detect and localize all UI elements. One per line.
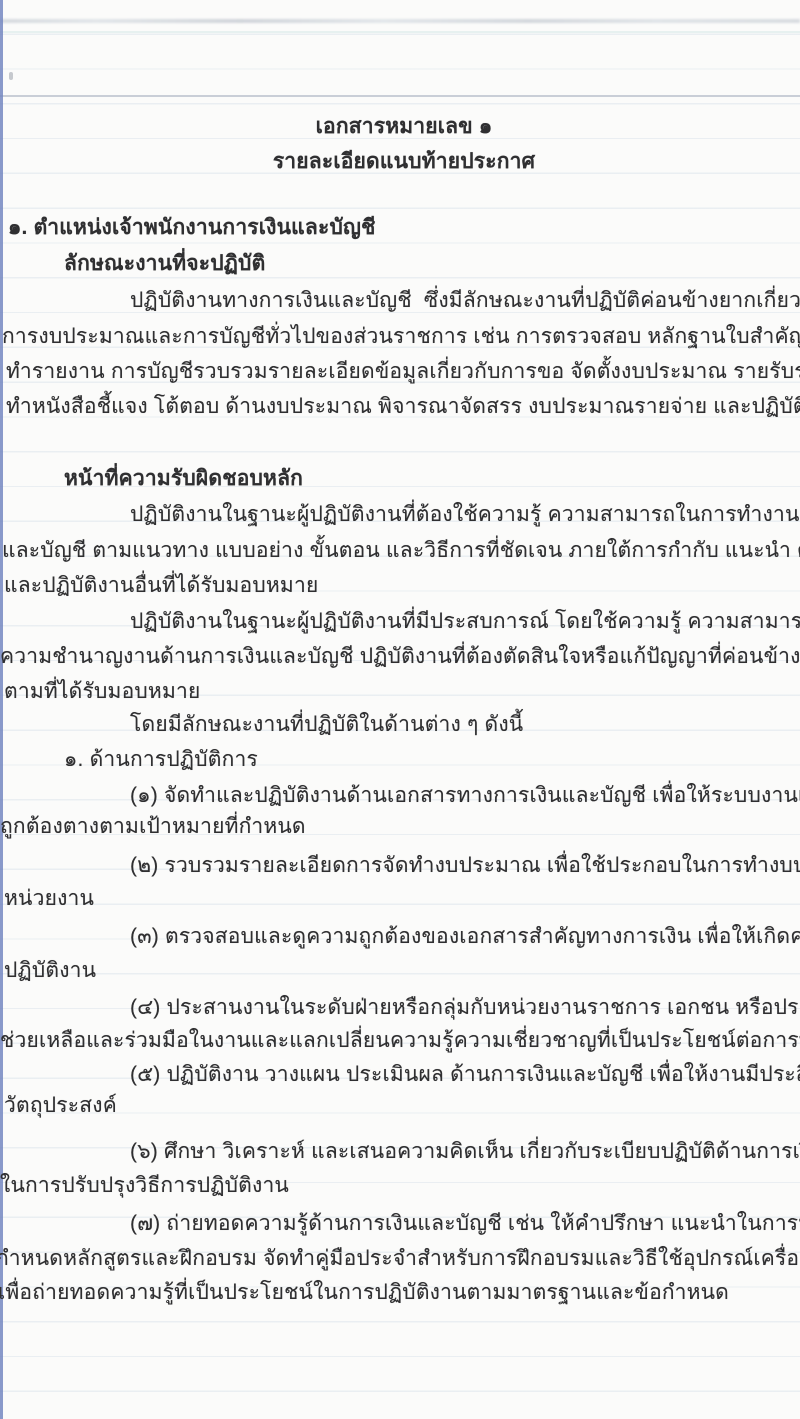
responsibilities-line: ตามที่ได้รับมอบหมาย — [4, 677, 201, 707]
responsibilities-line: ปฏิบัติงานในฐานะผู้ปฏิบัติงานที่ต้องใช้ค… — [130, 500, 800, 530]
horizontal-rule — [0, 95, 800, 97]
scan-speck — [9, 72, 13, 80]
document-subtitle: รายละเอียดแนบท้ายประกาศ — [0, 147, 800, 177]
position-heading: ๑. ตำแหน่งเจ้าพนักงานการเงินและบัญชี — [8, 213, 376, 243]
duty-item-line: (๓) ตรวจสอบและดูความถูกต้องของเอกสารสำคั… — [130, 922, 800, 952]
responsibilities-line: ความชำนาญงานด้านการเงินและบัญชี ปฏิบัติง… — [0, 642, 800, 672]
duty-item-line: หน่วยงาน — [4, 884, 94, 914]
responsibilities-heading: หน้าที่ความรับผิดชอบหลัก — [64, 464, 303, 494]
duty-item-line: ในการปรับปรุงวิธีการปฏิบัติงาน — [0, 1171, 289, 1201]
duty-item-line: (๔) ประสานงานในระดับฝ่ายหรือกลุ่มกับหน่ว… — [130, 993, 800, 1023]
responsibilities-line: และปฏิบัติงานอื่นที่ได้รับมอบหมาย — [4, 571, 318, 601]
scan-faint-band — [0, 31, 800, 33]
duty-item-line: (๗) ถ่ายทอดความรู้ด้านการเงินและบัญชี เช… — [130, 1209, 800, 1239]
responsibilities-line: และบัญชี ตามแนวทาง แบบอย่าง ขั้นตอน และว… — [2, 536, 800, 566]
duty-item-line: (๑) จัดทำและปฏิบัติงานด้านเอกสารทางการเง… — [130, 781, 800, 811]
scan-smudge-line — [0, 19, 800, 23]
duty-item-line: วัตถุประสงค์ — [4, 1091, 117, 1121]
job-nature-heading: ลักษณะงานที่จะปฏิบัติ — [64, 249, 265, 279]
duty-item-line: ปฏิบัติงาน — [4, 956, 96, 986]
scanned-document-page: เอกสารหมายเลข ๑ รายละเอียดแนบท้ายประกาศ … — [0, 0, 800, 1419]
duty-item-line: ถูกต้องตางตามเป้าหมายที่กำหนด — [0, 812, 306, 842]
duties-intro-line: โดยมีลักษณะงานที่ปฏิบัติในด้านต่าง ๆ ดัง… — [130, 710, 523, 740]
duty-item-line: เพื่อถ่ายทอดความรู้ที่เป็นประโยชน์ในการป… — [0, 1278, 729, 1308]
responsibilities-line: ปฏิบัติงานในฐานะผู้ปฏิบัติงานที่มีประสบก… — [130, 607, 800, 637]
duty-item-line: ช่วยเหลือและร่วมมือในงานและแลกเปลี่ยนควา… — [0, 1026, 800, 1056]
duty-item-line: กำหนดหลักสูตรและฝึกอบรม จัดทำคู่มือประจำ… — [0, 1244, 800, 1274]
document-title: เอกสารหมายเลข ๑ — [0, 112, 800, 142]
duty-item-line: (๕) ปฏิบัติงาน วางแผน ประเมินผล ด้านการเ… — [130, 1060, 800, 1090]
job-nature-line: ปฏิบัติงานทางการเงินและบัญชี ซึ่งมีลักษณ… — [130, 286, 800, 316]
duty-item-line: (๖) ศึกษา วิเคราะห์ และเสนอความคิดเห็น เ… — [130, 1137, 800, 1167]
job-nature-line: ทำรายงาน การบัญชีรวบรวมรายละเอียดข้อมูลเ… — [6, 357, 800, 387]
job-nature-line: การงบประมาณและการบัญชีทั่วไปของส่วนราชกา… — [2, 322, 800, 352]
duty-item-line: (๒) รวบรวมรายละเอียดการจัดทำงบประมาณ เพื… — [130, 851, 800, 881]
operation-heading: ๑. ด้านการปฏิบัติการ — [64, 745, 258, 775]
left-margin-stripe — [0, 0, 3, 1419]
job-nature-line: ทำหนังสือชี้แจง โต้ตอบ ด้านงบประมาณ พิจา… — [6, 392, 800, 422]
